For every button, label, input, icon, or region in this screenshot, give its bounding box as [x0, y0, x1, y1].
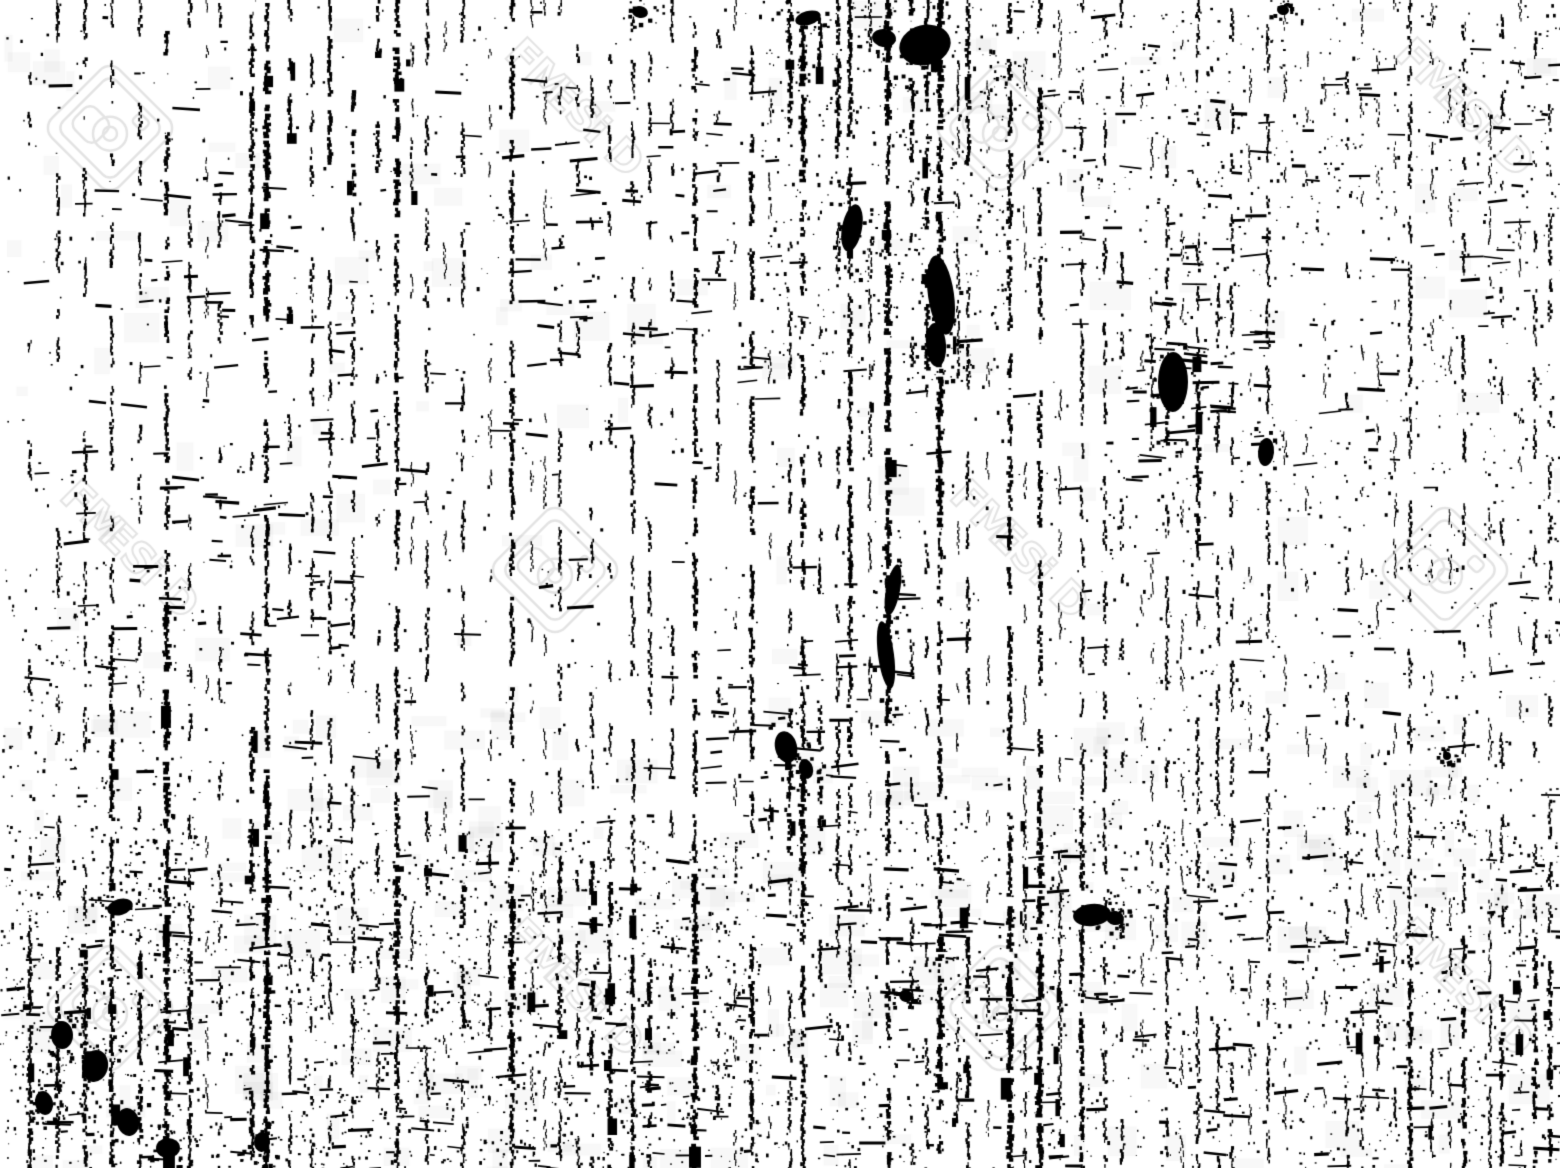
grunge-texture-canvas	[0, 0, 1560, 1168]
grunge-texture-image	[0, 0, 1560, 1168]
